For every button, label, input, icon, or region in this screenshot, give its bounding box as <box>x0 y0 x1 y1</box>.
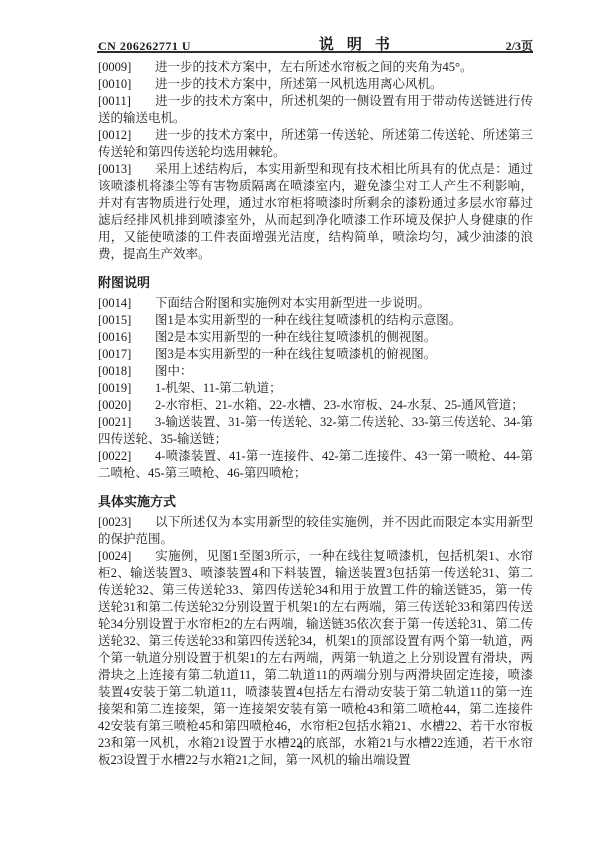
paragraph-text: 1-机架、11-第二轨道； <box>155 381 282 395</box>
paragraph-number: [0016] <box>98 329 155 346</box>
paragraph: [0014]下面结合附图和实施例对本实用新型进一步说明。 <box>98 295 533 312</box>
paragraph-number: [0018] <box>98 363 155 380</box>
paragraph: [0012]进一步的技术方案中，所述第一传送轮、所述第二传送轮、所述第三传送轮和… <box>98 127 533 161</box>
patent-specification-page: CN 206262771 U 说明书 2/3页 [0009]进一步的技术方案中，… <box>0 0 600 849</box>
paragraph: [0011]进一步的技术方案中，所述机架的一侧设置有用于带动传送链进行传送的输送… <box>98 93 533 127</box>
paragraph-text: 图中： <box>155 364 193 378</box>
document-body: [0009]进一步的技术方案中，左右所述水帘板之间的夹角为45°。[0010]进… <box>98 59 533 769</box>
paragraph-number: [0024] <box>98 548 155 565</box>
paragraph: [0018]图中： <box>98 363 533 380</box>
section-heading: 附图说明 <box>98 274 533 291</box>
paragraph-text: 2-水帘柜、21-水箱、22-水槽、23-水帘板、24-水泵、25-通风管道； <box>155 398 524 412</box>
paragraph-number: [0014] <box>98 295 155 312</box>
paragraph: [0019]1-机架、11-第二轨道； <box>98 380 533 397</box>
paragraph: [0017]图3是本实用新型的一种在线往复喷漆机的俯视图。 <box>98 346 533 363</box>
paragraph-text: 进一步的技术方案中，左右所述水帘板之间的夹角为45°。 <box>155 60 473 74</box>
paragraph: [0013]采用上述结构后，本实用新型和现有技术相比所具有的优点是：通过该喷漆机… <box>98 161 533 263</box>
paragraph-text: 4-喷漆装置、41-第一连接件、42-第二连接件、43一第一喷枪、44-第二喷枪… <box>98 449 533 480</box>
paragraph: [0023]以下所述仅为本实用新型的较佳实施例，并不因此而限定本实用新型的保护范… <box>98 514 533 548</box>
paragraph-number: [0015] <box>98 312 155 329</box>
paragraph-text: 图2是本实用新型的一种在线往复喷漆机的侧视图。 <box>155 330 436 344</box>
paragraph-number: [0012] <box>98 127 155 144</box>
section-heading: 具体实施方式 <box>98 493 533 510</box>
paragraph-number: [0017] <box>98 346 155 363</box>
paragraph-number: [0013] <box>98 161 155 178</box>
paragraph: [0022]4-喷漆装置、41-第一连接件、42-第二连接件、43一第一喷枪、4… <box>98 448 533 482</box>
paragraph-text: 图3是本实用新型的一种在线往复喷漆机的俯视图。 <box>155 347 436 361</box>
paragraph-number: [0009] <box>98 59 155 76</box>
paragraph-text: 图1是本实用新型的一种在线往复喷漆机的结构示意图。 <box>155 313 461 327</box>
paragraph: [0015]图1是本实用新型的一种在线往复喷漆机的结构示意图。 <box>98 312 533 329</box>
paragraph: [0020]2-水帘柜、21-水箱、22-水槽、23-水帘板、24-水泵、25-… <box>98 397 533 414</box>
paragraph-text: 下面结合附图和实施例对本实用新型进一步说明。 <box>155 296 430 310</box>
header-rule <box>97 51 533 53</box>
paragraph-number: [0021] <box>98 414 155 431</box>
page-footer: 4 <box>0 736 600 754</box>
paragraph: [0016]图2是本实用新型的一种在线往复喷漆机的侧视图。 <box>98 329 533 346</box>
paragraph-text: 采用上述结构后，本实用新型和现有技术相比所具有的优点是：通过该喷漆机将漆尘等有害… <box>98 162 533 261</box>
paragraph-text: 进一步的技术方案中，所述第一风机选用离心风机。 <box>155 77 443 91</box>
paragraph: [0010]进一步的技术方案中，所述第一风机选用离心风机。 <box>98 76 533 93</box>
paragraph-number: [0011] <box>98 93 155 110</box>
paragraph-number: [0022] <box>98 448 155 465</box>
paragraph-text: 进一步的技术方案中，所述机架的一侧设置有用于带动传送链进行传送的输送电机。 <box>98 94 533 125</box>
paragraph-number: [0020] <box>98 397 155 414</box>
paragraph-text: 3-输送装置、31-第一传送轮、32-第二传送轮、33-第三传送轮、34-第四传… <box>98 415 533 446</box>
paragraph-text: 实施例，见图1至图3所示，一种在线往复喷漆机，包括机架1、水帘柜2、输送装置3、… <box>98 549 533 767</box>
paragraph-text: 以下所述仅为本实用新型的较佳实施例，并不因此而限定本实用新型的保护范围。 <box>98 515 533 546</box>
paragraph-text: 进一步的技术方案中，所述第一传送轮、所述第二传送轮、所述第三传送轮和第四传送轮均… <box>98 128 533 159</box>
paragraph-number: [0023] <box>98 514 155 531</box>
paragraph: [0009]进一步的技术方案中，左右所述水帘板之间的夹角为45°。 <box>98 59 533 76</box>
paragraph-number: [0019] <box>98 380 155 397</box>
paragraph-number: [0010] <box>98 76 155 93</box>
page-number: 4 <box>297 738 303 752</box>
paragraph: [0021]3-输送装置、31-第一传送轮、32-第二传送轮、33-第三传送轮、… <box>98 414 533 448</box>
